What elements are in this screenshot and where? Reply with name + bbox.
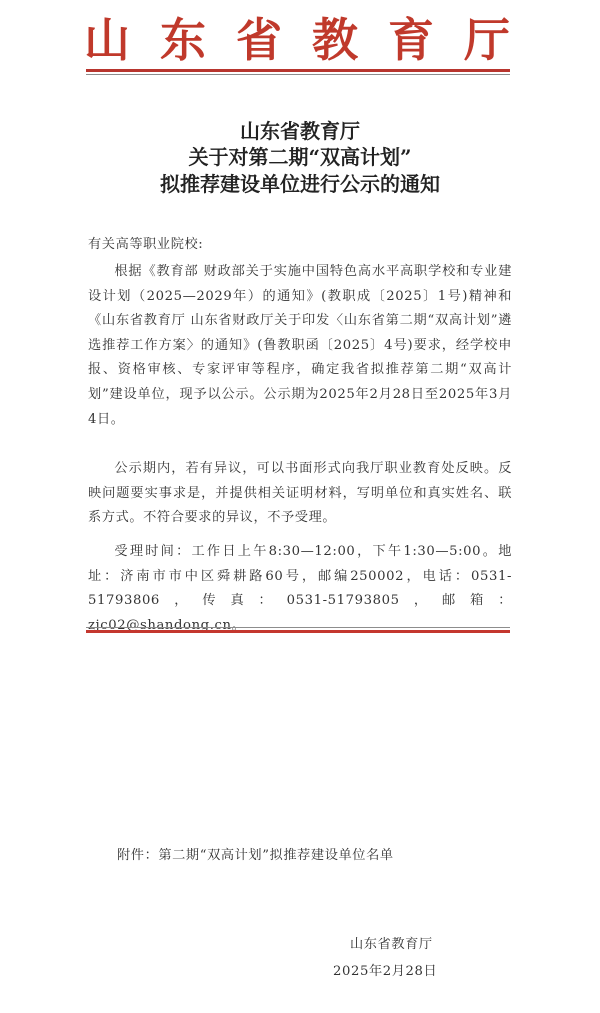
signature-date: 2025年2月28日 xyxy=(333,960,437,979)
divider-thick-line xyxy=(86,630,510,633)
footer-divider xyxy=(86,627,510,635)
masthead-char: 厅 xyxy=(464,14,510,66)
body-paragraph: 受理时间：工作日上午8:30—12:00，下午1:30—5:00。地址：济南市市… xyxy=(88,540,512,638)
attachment-note: 附件：第二期“双高计划”拟推荐建设单位名单 xyxy=(117,844,394,863)
masthead-char: 育 xyxy=(388,14,434,66)
masthead-divider xyxy=(86,69,510,77)
masthead-char: 教 xyxy=(312,14,358,66)
document-title-line-1: 山东省教育厅 xyxy=(0,118,600,144)
masthead-header: 山 东 省 教 育 厅 xyxy=(84,14,510,66)
salutation: 有关高等职业院校: xyxy=(88,233,512,258)
signature-org: 山东省教育厅 xyxy=(350,933,433,952)
document-title-line-3: 拟推荐建设单位进行公示的通知 xyxy=(0,171,600,197)
divider-thin-line xyxy=(86,74,510,75)
body-paragraph: 根据《教育部 财政部关于实施中国特色高水平高职学校和专业建设计划（2025—20… xyxy=(88,260,512,432)
divider-thick-line xyxy=(86,69,510,72)
divider-thin-line xyxy=(86,627,510,628)
body-paragraph: 公示期内，若有异议，可以书面形式向我厅职业教育处反映。反映问题要实事求是，并提供… xyxy=(88,457,512,531)
masthead-char: 东 xyxy=(160,14,206,66)
masthead-char: 省 xyxy=(236,14,282,66)
document-title-line-2: 关于对第二期“双高计划” xyxy=(0,144,600,170)
masthead-char: 山 xyxy=(84,14,130,66)
